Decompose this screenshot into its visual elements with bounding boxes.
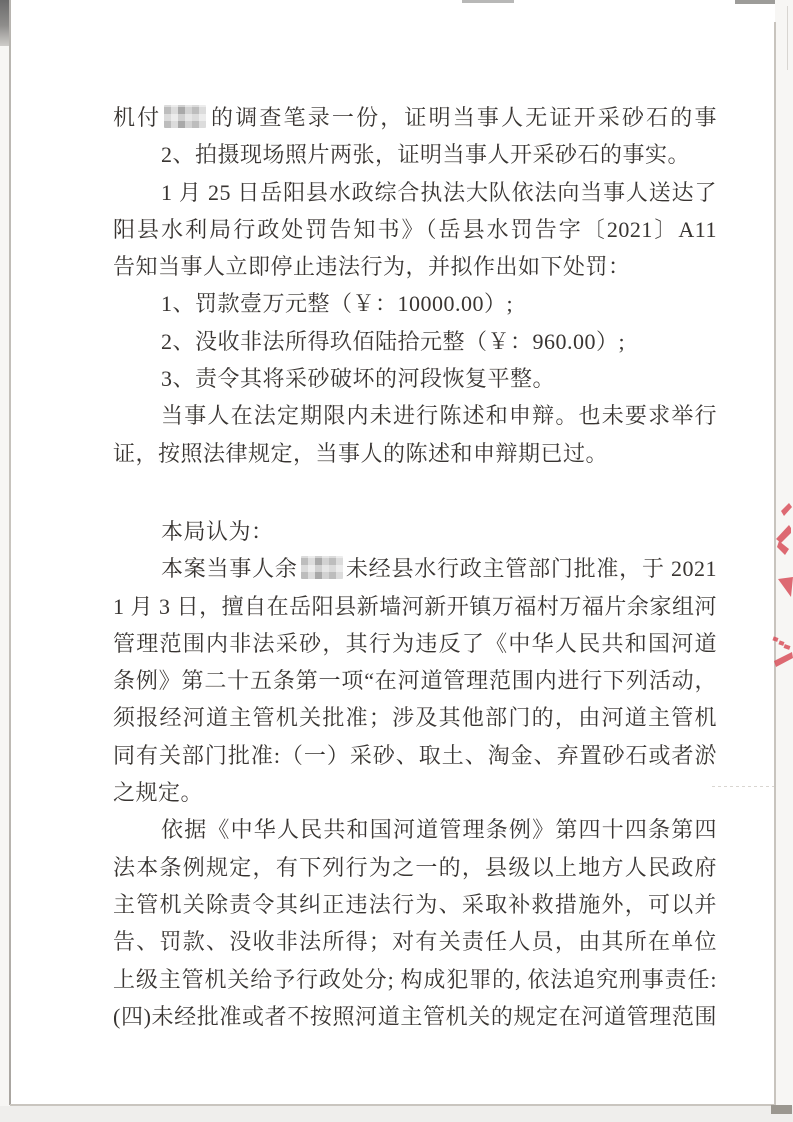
text-line: 须报经河道主管机关批准；涉及其他部门的，由河道主管机关会 [113, 699, 717, 736]
text-line: 同有关部门批准:（一）采砂、取土、淘金、弃置砂石或者淤泥;...” [113, 737, 717, 774]
text-segment: 1 月 3 日，擅自在岳阳县新墙河新开镇万福村万福片余家组河道 [113, 594, 717, 625]
text-line: 阳县水利局行政处罚告知书》（岳县水罚告字〔2021〕A11 号）。 [113, 211, 717, 248]
text-segment: 当事人在法定期限内未进行陈述和申辩。也未要求举行听 [161, 403, 717, 434]
text-segment: 须报经河道主管机关批准；涉及其他部门的，由河道主管机关会 [113, 705, 717, 736]
text-line: 管理范围内非法采砂，其行为违反了《中华人民共和国河道管理 [113, 625, 717, 662]
page-edge-right-line-secondary [787, 6, 788, 70]
text-line: 1 月 25 日岳阳县水政综合执法大队依法向当事人送达了《岳 [113, 174, 717, 211]
text-line: 机付的调查笔录一份，证明当事人无证开采砂石的事实； [113, 99, 717, 136]
scanned-document: 机付的调查笔录一份，证明当事人无证开采砂石的事实；2、拍摄现场照片两张，证明当事… [0, 0, 793, 1122]
scanner-edge-strip [0, 0, 9, 46]
text-line: 告、罚款、没收非法所得；对有关责任人员，由其所在单位或者 [113, 923, 717, 960]
top-edge-mark [462, 0, 514, 3]
scanner-background-strip [0, 1106, 793, 1122]
text-segment: 告知当事人立即停止违法行为，并拟作出如下处罚： [113, 254, 631, 279]
text-segment: 上级主管机关给予行政处分; 构成犯罪的, 依法追究刑事责任: ... [113, 967, 717, 998]
text-segment: 主管机关除责令其纠正违法行为、采取补救措施外，可以并处警 [113, 892, 717, 923]
text-segment: 之规定。 [113, 780, 203, 805]
text-segment: 告、罚款、没收非法所得；对有关责任人员，由其所在单位或者 [113, 929, 717, 960]
text-line: 法本条例规定，有下列行为之一的，县级以上地方人民政府河道 [113, 849, 717, 886]
text-segment: 依据《中华人民共和国河道管理条例》第四十四条第四项“违 [161, 817, 717, 848]
text-line: 主管机关除责令其纠正违法行为、采取补救措施外，可以并处警 [113, 886, 717, 923]
text-segment: 本局认为： [161, 519, 274, 544]
redacted-name-block [164, 105, 206, 128]
text-line: 1 月 3 日，擅自在岳阳县新墙河新开镇万福村万福片余家组河道 [113, 588, 717, 625]
text-segment: 机付 [113, 105, 161, 130]
text-segment: 条例》第二十五条第一项“在河道管理范围内进行下列活动，必 [113, 668, 717, 699]
top-corner-fold-mark [735, 0, 775, 4]
text-line: 2、没收非法所得玖佰陆拾元整（￥：960.00）; [113, 323, 717, 360]
text-segment: 管理范围内非法采砂，其行为违反了《中华人民共和国河道管理 [113, 631, 717, 662]
text-line: 告知当事人立即停止违法行为，并拟作出如下处罚： [113, 248, 717, 285]
text-segment: 2、没收非法所得玖佰陆拾元整（￥：960.00）; [161, 329, 625, 354]
text-segment: 2、拍摄现场照片两张，证明当事人开采砂石的事实。 [161, 142, 690, 167]
text-line: 2、拍摄现场照片两张，证明当事人开采砂石的事实。 [113, 136, 717, 173]
text-segment: 法本条例规定，有下列行为之一的，县级以上地方人民政府河道 [113, 855, 717, 886]
text-segment: (四)未经批准或者不按照河道主管机关的规定在河道管理范围 [113, 1004, 717, 1029]
text-segment: 阳县水利局行政处罚告知书》（岳县水罚告字〔2021〕A11 号）。 [113, 217, 717, 248]
redacted-name-block [301, 556, 343, 579]
red-seal-fragments-icon [770, 495, 793, 673]
text-line: (四)未经批准或者不按照河道主管机关的规定在河道管理范围 [113, 998, 717, 1035]
text-line: 证，按照法律规定，当事人的陈述和申辩期已过。 [113, 435, 717, 472]
text-segment: 3、责令其将采砂破坏的河段恢复平整。 [161, 366, 555, 391]
text-line: 本案当事人余未经县水行政主管部门批准，于 2021 年 [113, 550, 717, 587]
text-line: 条例》第二十五条第一项“在河道管理范围内进行下列活动，必 [113, 662, 717, 699]
text-line: 1、罚款壹万元整（￥：10000.00）; [113, 285, 717, 322]
bottom-corner-mark [771, 1105, 792, 1114]
text-line: 之规定。 [113, 774, 717, 811]
text-line: 本局认为： [113, 513, 717, 550]
text-segment: 1、罚款壹万元整（￥：10000.00）; [161, 291, 513, 316]
text-line: 当事人在法定期限内未进行陈述和申辩。也未要求举行听 [113, 397, 717, 434]
text-segment: 同有关部门批准:（一）采砂、取土、淘金、弃置砂石或者淤泥;...” [113, 743, 717, 774]
document-text-block: 机付的调查笔录一份，证明当事人无证开采砂石的事实；2、拍摄现场照片两张，证明当事… [113, 99, 717, 1035]
text-line: 依据《中华人民共和国河道管理条例》第四十四条第四项“违 [113, 811, 717, 848]
text-line: 上级主管机关给予行政处分; 构成犯罪的, 依法追究刑事责任: ... [113, 961, 717, 998]
page-edge-left-line [9, 0, 11, 1105]
text-segment: 本案当事人余 [161, 556, 298, 581]
faint-fold-line [712, 786, 774, 787]
text-segment: 证，按照法律规定，当事人的陈述和申辩期已过。 [113, 441, 608, 466]
blank-line [113, 472, 717, 513]
text-segment: 1 月 25 日岳阳县水政综合执法大队依法向当事人送达了《岳 [161, 180, 717, 211]
text-line: 3、责令其将采砂破坏的河段恢复平整。 [113, 360, 717, 397]
